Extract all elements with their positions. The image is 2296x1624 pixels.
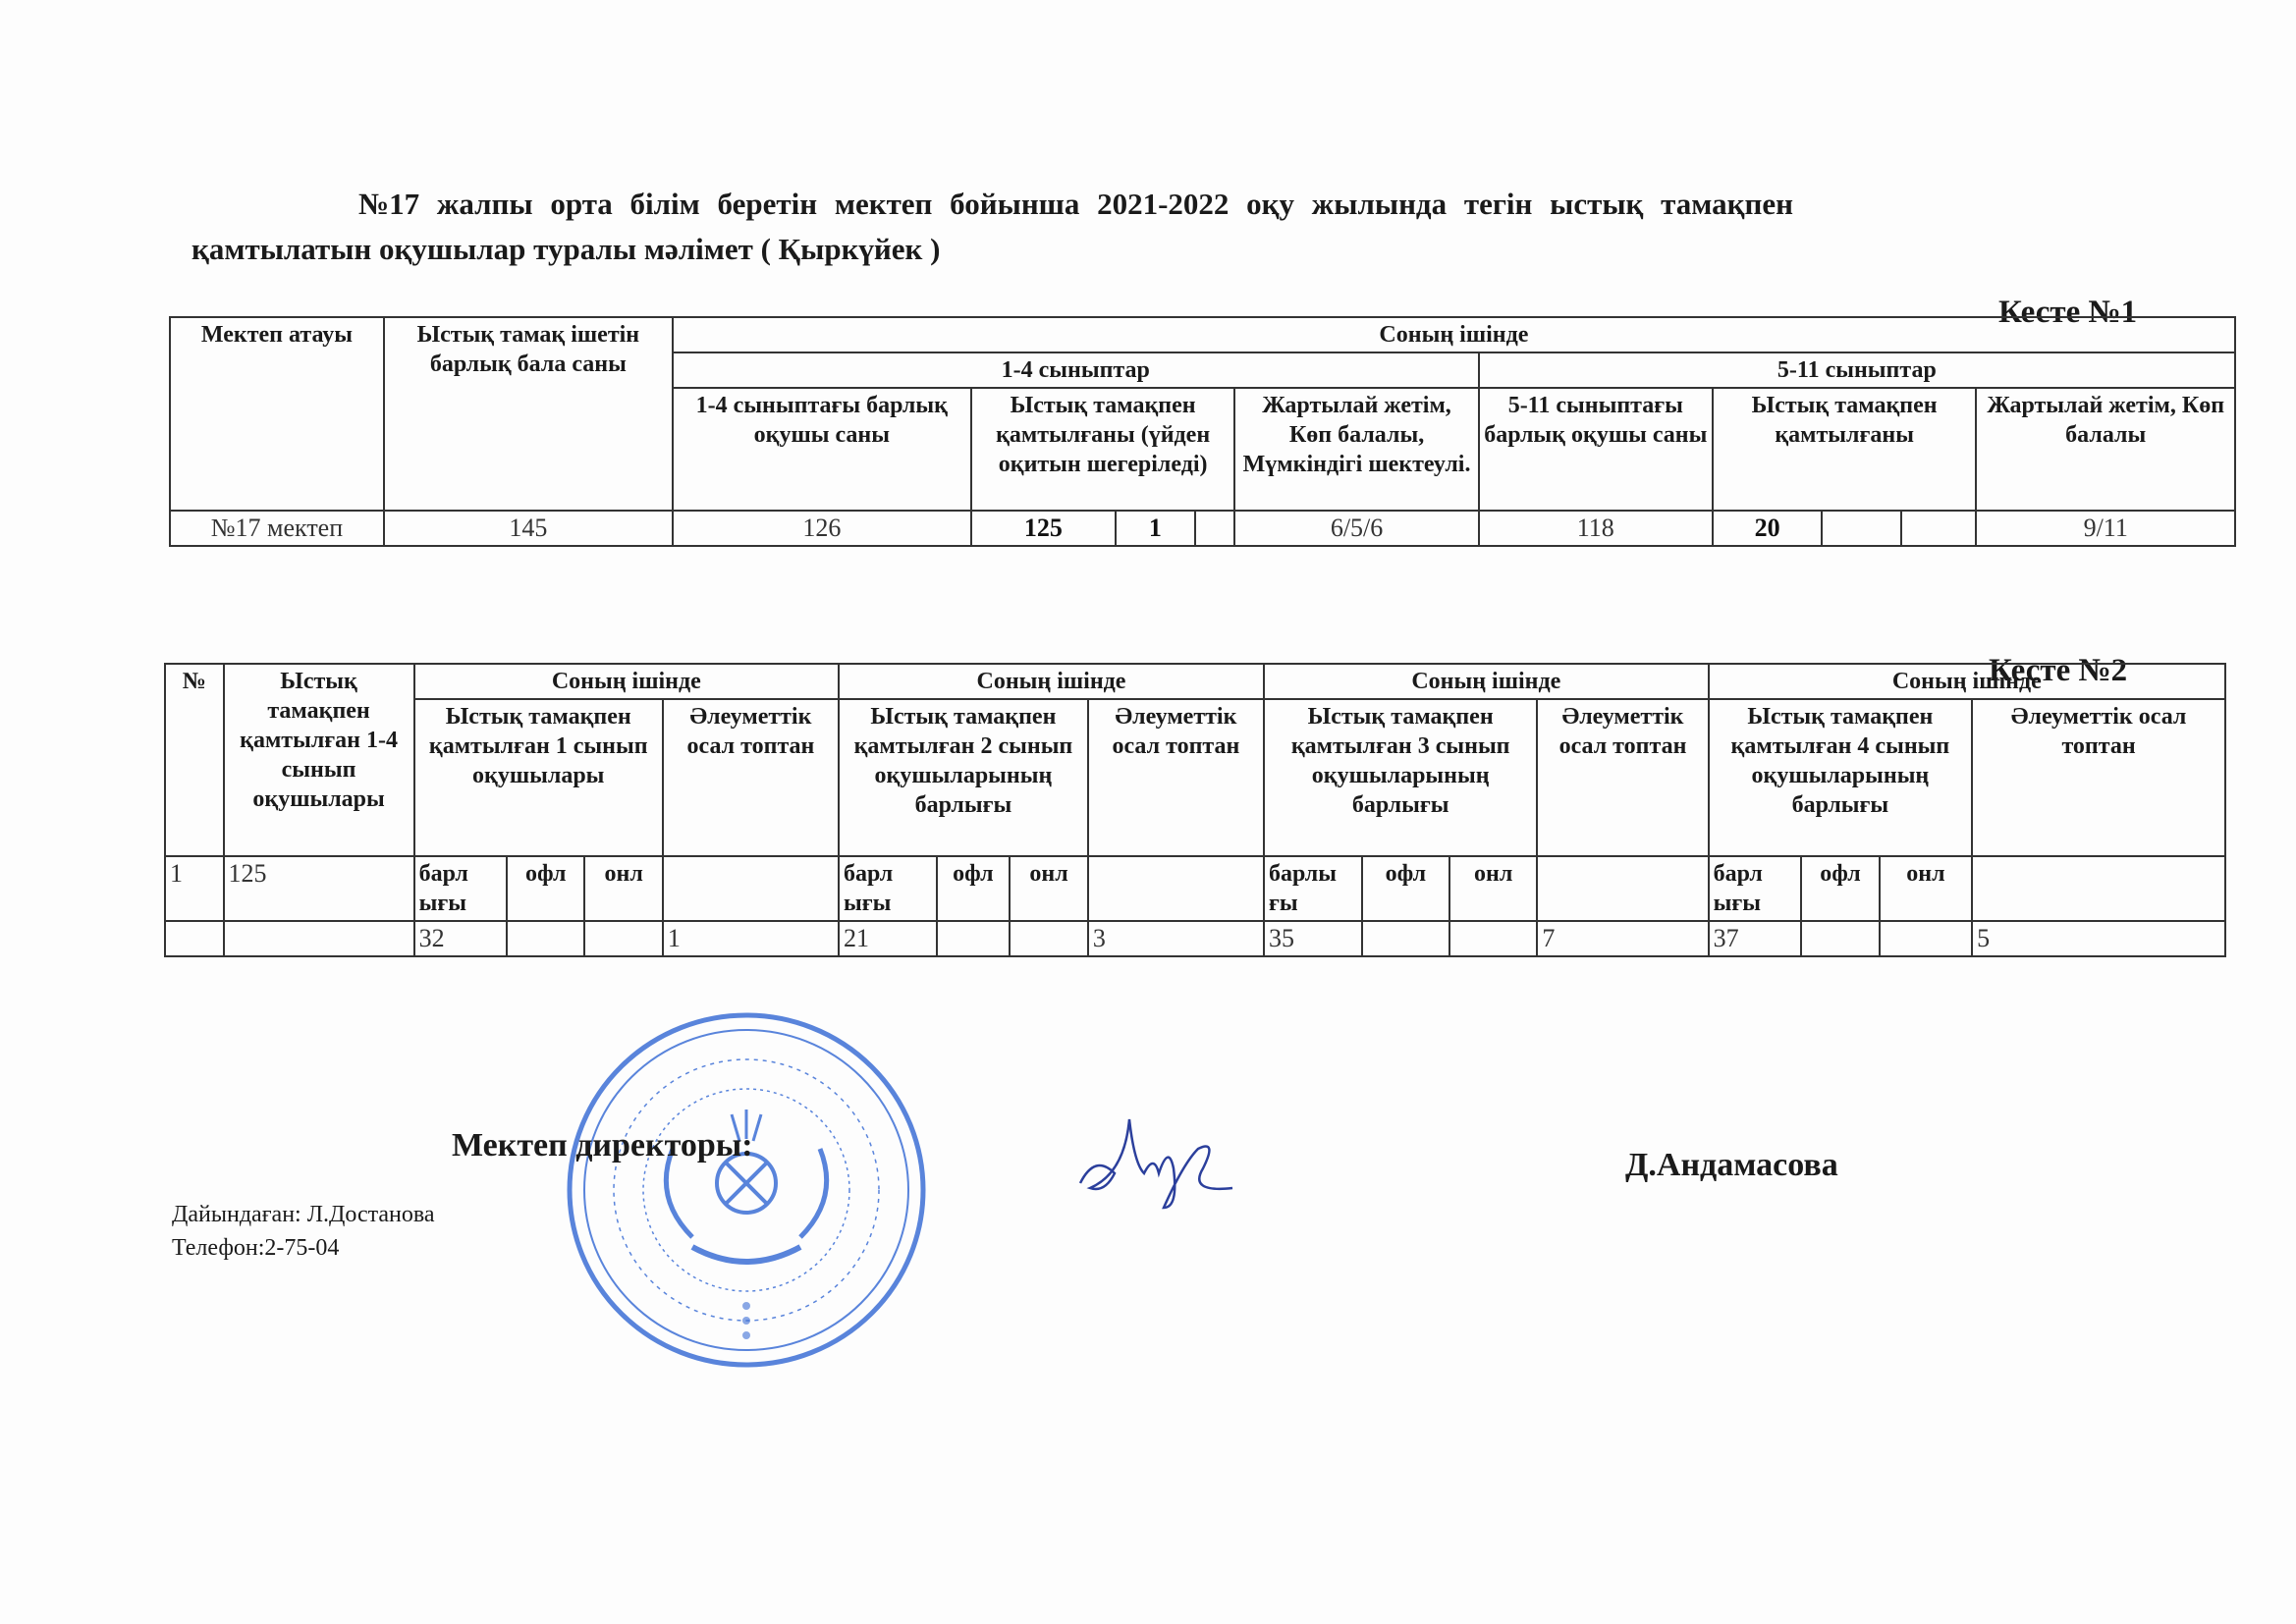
title-line-1: №17 жалпы орта білім беретін мектеп бойы… <box>191 182 2175 227</box>
cell-g14-covered: 125 <box>971 511 1116 546</box>
header-g14-covered: Ыстық тамақпен қамтылғаны (үйден оқитын … <box>971 388 1235 511</box>
cell-g3-social-blank <box>1537 856 1708 921</box>
subheader-g2-offline: офл <box>937 856 1011 921</box>
table-row: 1 125 барл ығы офл онл барл ығы офл онл … <box>165 856 2225 921</box>
subheader-g3-online: онл <box>1449 856 1537 921</box>
subheader-g2-online: онл <box>1010 856 1088 921</box>
table-2: № Ыстық тамақпен қамтылған 1-4 сынып оқу… <box>164 663 2226 957</box>
cell-school-name: №17 мектеп <box>170 511 384 546</box>
subheader-g4-offline: офл <box>1801 856 1880 921</box>
header-total-children: Ыстық тамақ ішетін барлық бала саны <box>384 317 673 511</box>
cell-g1-social: 1 <box>663 921 839 956</box>
header-number: № <box>165 664 224 856</box>
header-g14-social: Жартылай жетім, Көп балалы, Мүмкіндігі ш… <box>1234 388 1478 511</box>
cell-g14-total: 126 <box>673 511 971 546</box>
cell-g3-online <box>1449 921 1537 956</box>
cell-g3-offline <box>1362 921 1449 956</box>
header-grades-1-4: 1-4 сыныптар <box>673 352 1479 388</box>
header-grades-5-11: 5-11 сыныптар <box>1479 352 2235 388</box>
cell-g511-social: 9/11 <box>1976 511 2235 546</box>
title-line-2: қамтылатын оқушылар туралы мәлімет ( Қыр… <box>191 227 2175 272</box>
cell-blank <box>224 921 414 956</box>
subheader-g4-total: барл ығы <box>1709 856 1802 921</box>
director-label: Мектеп директоры: <box>452 1127 753 1164</box>
cell-g2-online <box>1010 921 1088 956</box>
table-1: Мектеп атауы Ыстық тамақ ішетін барлық б… <box>169 316 2236 547</box>
subheader-g2-total: барл ығы <box>839 856 937 921</box>
cell-g511-covered-extra2 <box>1901 511 1976 546</box>
cell-g2-offline <box>937 921 1011 956</box>
cell-g1-online <box>584 921 662 956</box>
cell-g4-online <box>1880 921 1972 956</box>
header-including-g1: Соның ішінде <box>414 664 839 699</box>
subheader-g1-offline: офл <box>507 856 584 921</box>
document-title: №17 жалпы орта білім беретін мектеп бойы… <box>191 182 2175 272</box>
header-g4-covered: Ыстық тамақпен қамтылған 4 сынып оқушыла… <box>1709 699 1973 856</box>
cell-g2-total: 21 <box>839 921 937 956</box>
cell-g2-social: 3 <box>1088 921 1264 956</box>
header-g14-total: 1-4 сыныптағы барлық оқушы саны <box>673 388 971 511</box>
cell-number: 1 <box>165 856 224 921</box>
cell-g4-social-blank <box>1972 856 2225 921</box>
header-g511-social: Жартылай жетім, Көп балалы <box>1976 388 2235 511</box>
cell-g4-offline <box>1801 921 1880 956</box>
cell-g3-total: 35 <box>1264 921 1362 956</box>
subheader-g1-total: барл ығы <box>414 856 507 921</box>
cell-g511-covered-extra <box>1822 511 1901 546</box>
cell-g2-social-blank <box>1088 856 1264 921</box>
prepared-by: Дайындаған: Л.Достанова <box>172 1198 435 1231</box>
official-stamp-icon <box>565 1011 928 1370</box>
header-including-g2: Соның ішінде <box>839 664 1264 699</box>
signature-icon <box>1075 1114 1262 1213</box>
cell-g14-covered-extra: 1 <box>1116 511 1195 546</box>
header-g3-covered: Ыстық тамақпен қамтылған 3 сынып оқушыла… <box>1264 699 1537 856</box>
header-g2-social: Әлеуметтік осал топтан <box>1088 699 1264 856</box>
subheader-g4-online: онл <box>1880 856 1972 921</box>
cell-g1-offline <box>507 921 584 956</box>
cell-g3-social: 7 <box>1537 921 1708 956</box>
director-name: Д.Андамасова <box>1625 1147 1838 1184</box>
header-g511-total: 5-11 сыныптағы барлық оқушы саны <box>1479 388 1713 511</box>
cell-g1-total: 32 <box>414 921 507 956</box>
cell-g1-social-blank <box>663 856 839 921</box>
header-g3-social: Әлеуметтік осал топтан <box>1537 699 1708 856</box>
cell-blank <box>165 921 224 956</box>
header-including: Соның ішінде <box>673 317 2235 352</box>
table-row: №17 мектеп 145 126 125 1 6/5/6 118 20 9/… <box>170 511 2235 546</box>
subheader-g3-offline: офл <box>1362 856 1449 921</box>
header-covered-1-4: Ыстық тамақпен қамтылған 1-4 сынып оқушы… <box>224 664 414 856</box>
cell-g4-social: 5 <box>1972 921 2225 956</box>
header-g4-social: Әлеуметтік осал топтан <box>1972 699 2225 856</box>
table-row: 32 1 21 3 35 7 37 5 <box>165 921 2225 956</box>
cell-g14-covered-extra2 <box>1195 511 1235 546</box>
phone: Телефон:2-75-04 <box>172 1231 435 1265</box>
cell-covered-1-4: 125 <box>224 856 414 921</box>
subheader-g1-online: онл <box>584 856 662 921</box>
header-g1-covered: Ыстық тамақпен қамтылған 1 сынып оқушыла… <box>414 699 663 856</box>
header-including-g3: Соның ішінде <box>1264 664 1709 699</box>
header-school-name: Мектеп атауы <box>170 317 384 511</box>
cell-g511-covered: 20 <box>1713 511 1822 546</box>
prepared-info: Дайындаған: Л.Достанова Телефон:2-75-04 <box>172 1198 435 1265</box>
header-including-g4: Соның ішінде <box>1709 664 2225 699</box>
cell-g4-total: 37 <box>1709 921 1802 956</box>
cell-g511-total: 118 <box>1479 511 1713 546</box>
cell-g14-social: 6/5/6 <box>1234 511 1478 546</box>
subheader-g3-total: барлы ғы <box>1264 856 1362 921</box>
cell-total-children: 145 <box>384 511 673 546</box>
header-g511-covered: Ыстық тамақпен қамтылғаны <box>1713 388 1977 511</box>
header-g2-covered: Ыстық тамақпен қамтылған 2 сынып оқушыла… <box>839 699 1088 856</box>
header-g1-social: Әлеуметтік осал топтан <box>663 699 839 856</box>
